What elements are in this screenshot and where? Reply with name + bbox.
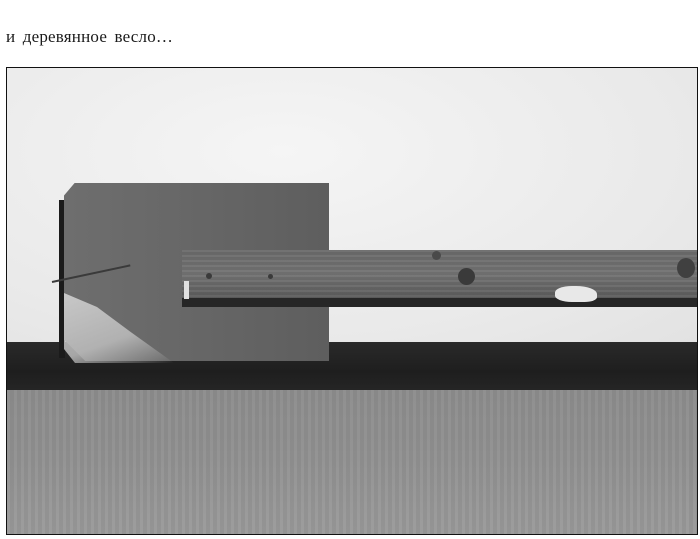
shaft-end-chip [184,281,189,299]
caption: и деревянное весло… [6,27,173,47]
shaft-knot [458,268,475,285]
shaft-nail [268,274,273,279]
shaft-knot [432,251,441,260]
photo-table-surface [7,390,697,534]
shaft-knot [677,258,695,278]
shaft-knot [206,273,212,279]
paddle-photo [6,67,698,535]
shaft-paint-chip [555,286,597,302]
